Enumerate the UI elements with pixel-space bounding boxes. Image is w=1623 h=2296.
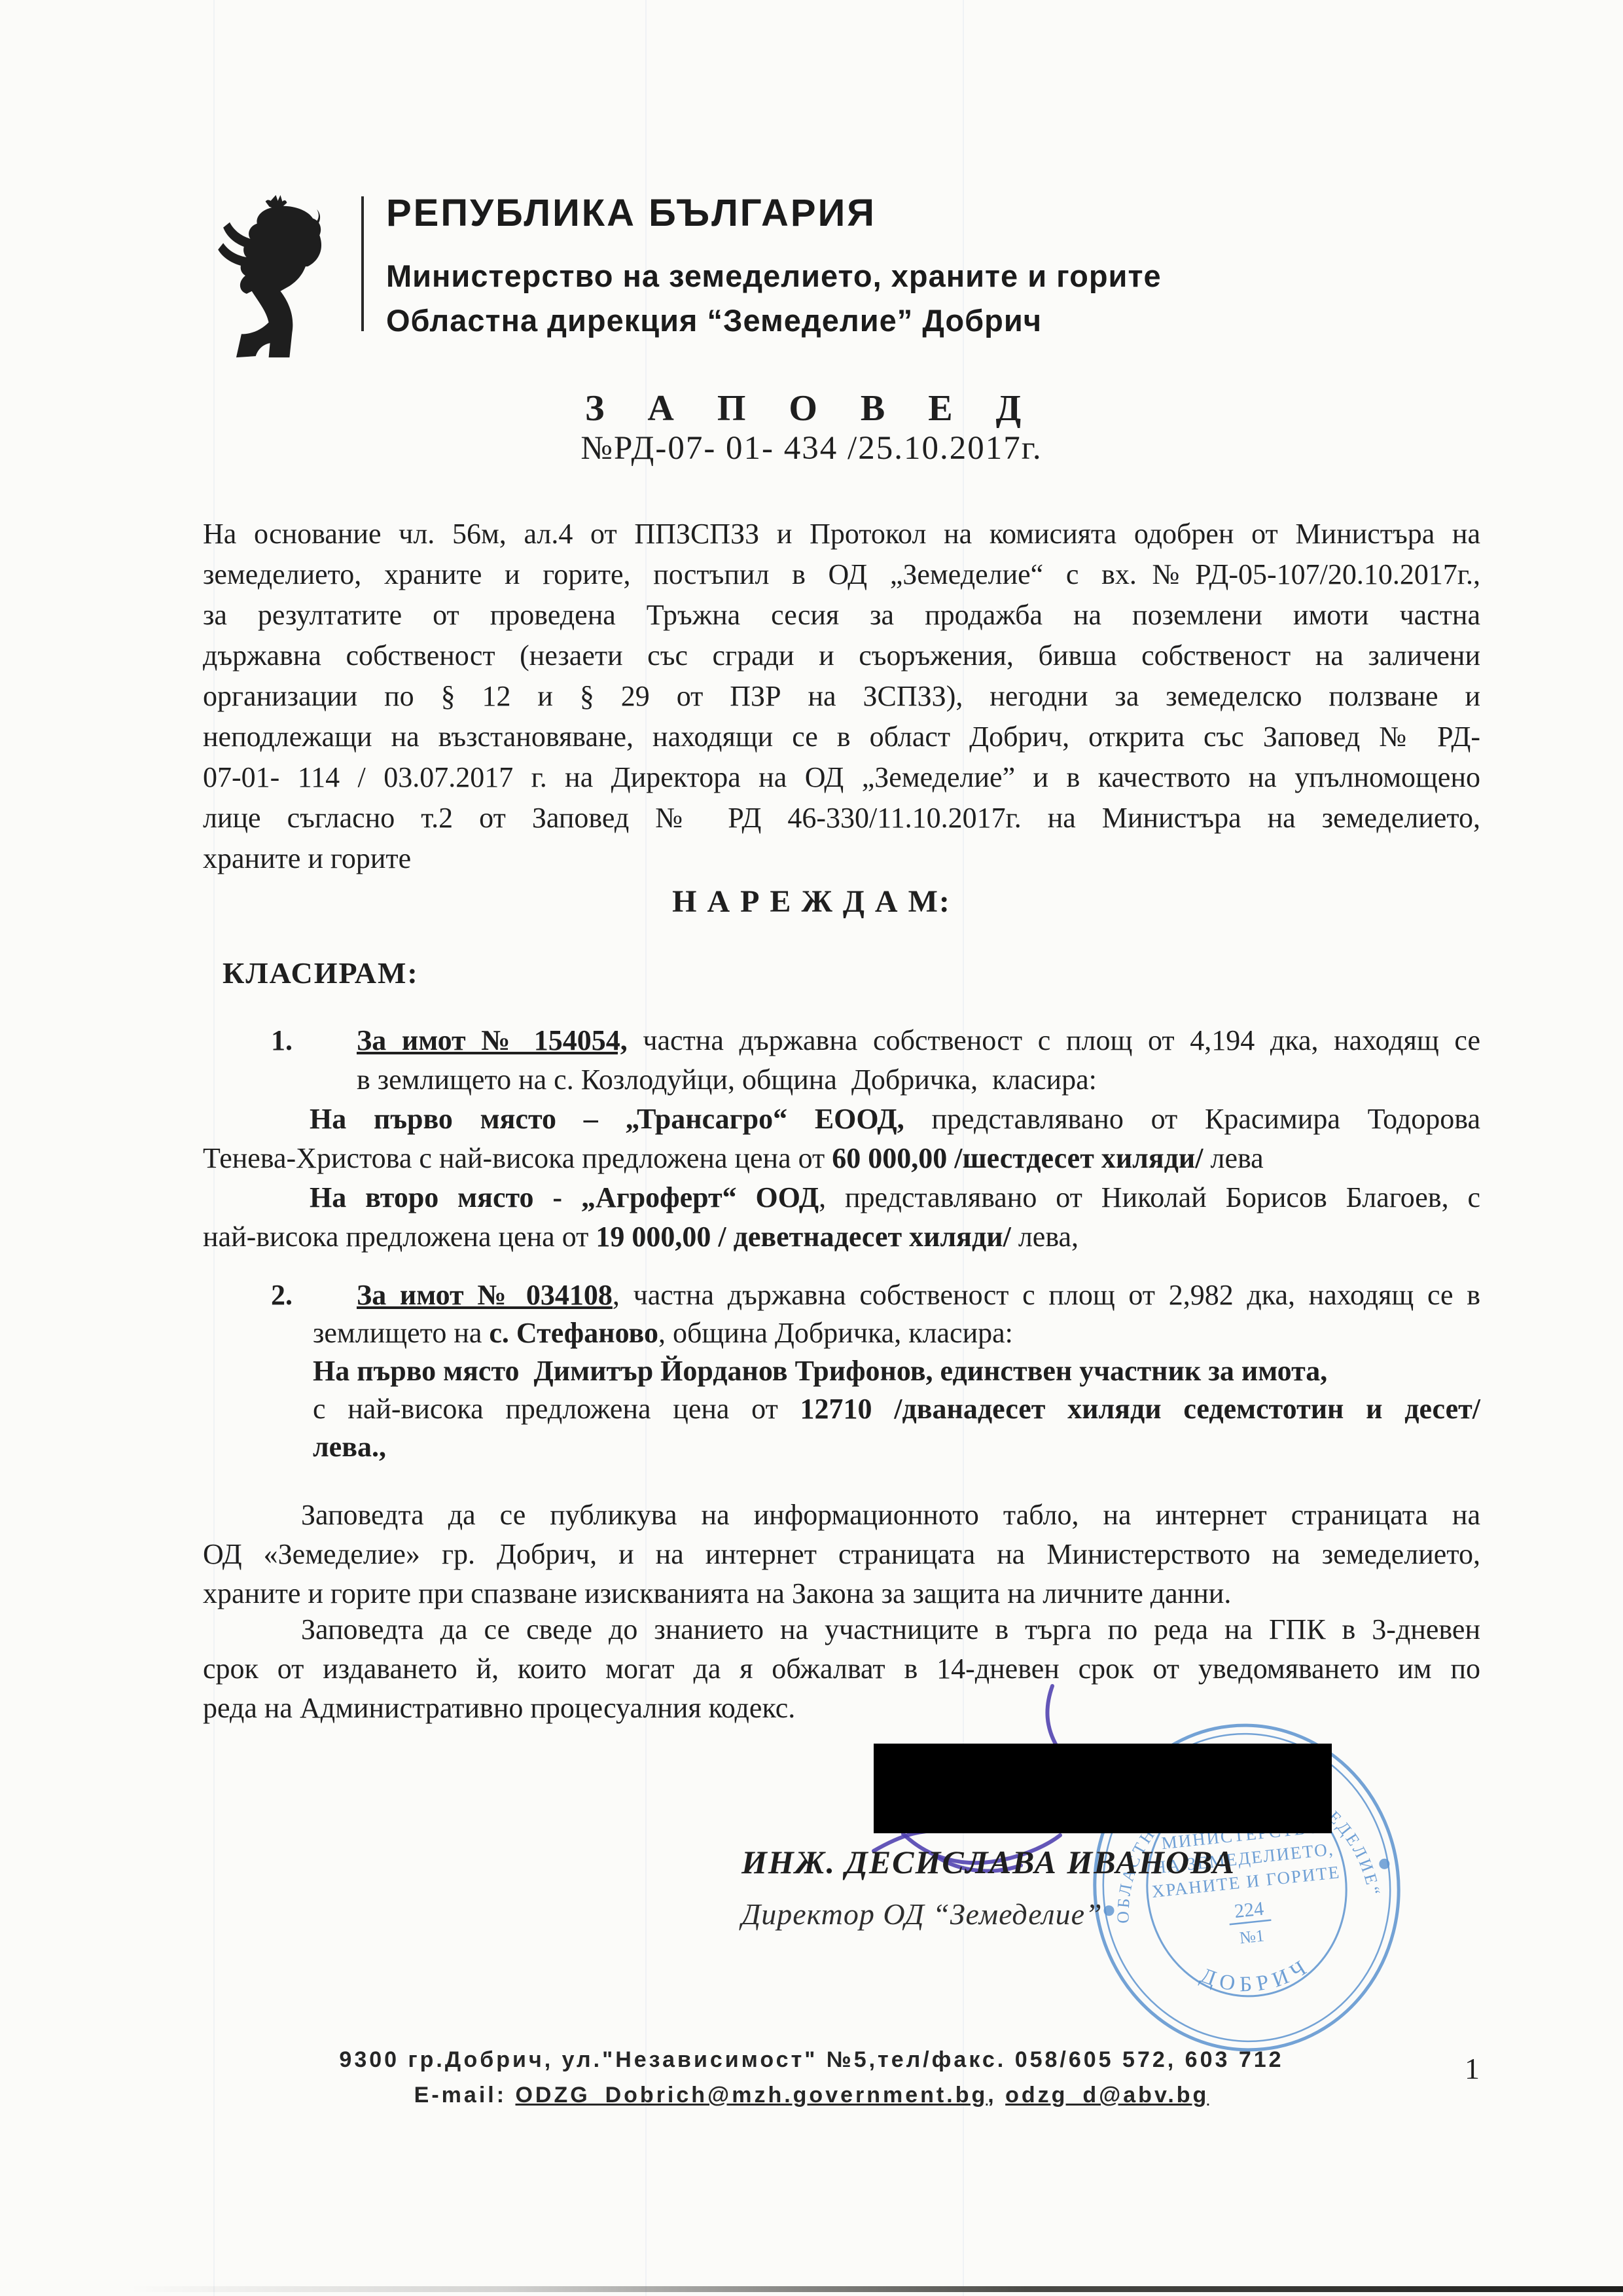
text-line: храните и горите при спазване изисквания… [203,1574,1623,1613]
svg-text:№1: №1 [1239,1926,1266,1948]
text-line: На основание чл. 56м, ал.4 от ППЗСПЗЗ и … [203,514,1480,554]
classify-heading: КЛАСИРАМ: [223,956,419,990]
text-line: За имот № 034108, частна държавна собств… [357,1276,1480,1314]
item-number: 2. [271,1276,293,1314]
document-page: РЕПУБЛИКА БЪЛГАРИЯ Министерство на земед… [0,0,1623,2296]
text-line: На второ място - „Агроферт“ ООД, предста… [310,1178,1480,1217]
text-line: лице съгласно т.2 от Заповед № РД 46-330… [203,798,1480,838]
text-line: най-висока предложена цена от 19 000,00 … [203,1217,1623,1257]
document-number: №РД-07- 01- 434 /25.10.2017г. [0,429,1623,467]
footer-address: 9300 гр.Добрич, ул."Независимост" №5,тел… [0,2047,1623,2073]
order-heading: Н А Р Е Ж Д А М: [0,884,1623,920]
text-line: Тенева-Христова с най-висока предложена … [203,1139,1623,1178]
text-line: за резултатите от проведена Тръжна сесия… [203,595,1480,636]
text-line: земеделието, храните и горите, постъпил … [203,554,1480,595]
ranking-item-2: 2. За имот № 034108, частна държавна соб… [0,1276,1623,1466]
scan-edge-artifact [131,2286,1623,2292]
text-line: 07-01- 114 / 03.07.2017 г. на Директора … [203,757,1480,798]
redaction-box [874,1744,1332,1833]
text-line: За имот № 154054, частна държавна собств… [357,1021,1480,1060]
svg-text:224: 224 [1234,1898,1265,1923]
text-line: ОД «Земеделие» гр. Добрич, и на интернет… [203,1535,1480,1574]
text-line: Заповедта да се публикува на информацион… [301,1496,1480,1535]
text-line: Заповедта да се сведе до знанието на уча… [301,1610,1480,1649]
text-line: в землището на с. Козлодуйци, община Доб… [357,1060,1623,1100]
publication-paragraph: Заповедта да се публикува на информацион… [0,1496,1623,1613]
text-line: землището на с. Стефаново, община Добрич… [313,1314,1623,1352]
svg-text:ДОБРИЧ: ДОБРИЧ [1195,1952,1317,2002]
text-line: На първо място – „Трансагро“ ЕООД, предс… [310,1100,1480,1139]
text-line: На първо място Димитър Йорданов Трифонов… [313,1352,1623,1390]
signatory-position: Директор ОД “Земеделие” [741,1897,1103,1931]
page-number: 1 [1465,2051,1480,2086]
text-line: организации по § 12 и § 29 от ПЗР на ЗСП… [203,676,1480,717]
document-title: З А П О В Е Д [0,387,1623,429]
header-divider [361,196,364,331]
preamble-paragraph: На основание чл. 56м, ал.4 от ППЗСПЗЗ и … [0,514,1623,879]
coat-of-arms-lion-icon [211,194,345,369]
text-line: с най-висока предложена цена от 12710 /д… [313,1390,1480,1428]
header-ministry: Министерство на земеделието, храните и г… [386,258,1162,294]
text-line: лева., [313,1428,1623,1466]
signatory-name: ИНЖ. ДЕСИСЛАВА ИВАНОВА [741,1843,1236,1881]
header-directorate: Областна дирекция “Земеделие” Добрич [386,302,1042,338]
email-label: E-mail: [414,2083,516,2108]
email-link-secondary[interactable]: odzg_d@abv.bg [1005,2083,1209,2108]
text-line: държавна собственост (незаети със сгради… [203,636,1480,676]
ranking-item-1: 1. За имот № 154054, частна държавна соб… [0,1021,1623,1257]
header-republic: РЕПУБЛИКА БЪЛГАРИЯ [386,191,876,235]
text-line: неподлежащи на възстановяване, находящи … [203,717,1480,757]
item-number: 1. [271,1021,293,1060]
footer-email-line: E-mail: ODZG_Dobrich@mzh.government.bg, … [0,2083,1623,2108]
email-link-primary[interactable]: ODZG_Dobrich@mzh.government.bg [515,2083,988,2108]
text-line: храните и горите [203,838,1623,879]
email-separator: , [988,2083,1005,2108]
